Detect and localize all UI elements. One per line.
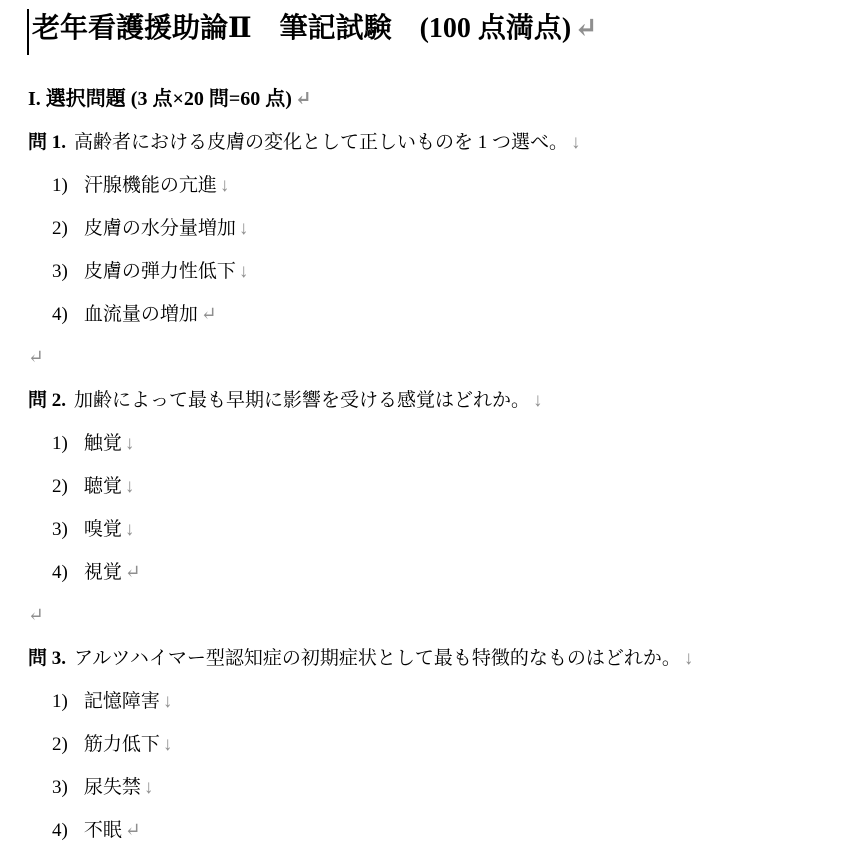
option-end-mark: ↓ <box>220 175 230 196</box>
option-number: 1) <box>52 422 68 465</box>
document-title: 老年看護援助論Ⅱ 筆記試験 (100 点満点) <box>32 13 571 44</box>
paragraph-mark: ↵ <box>574 13 597 44</box>
question-line[interactable]: 問 3.アルツハイマー型認知症の初期症状として最も特徴的なものはどれか。↓ <box>28 637 845 680</box>
option-end-mark: ↓ <box>163 734 173 755</box>
question-number: 問 1. <box>28 132 66 153</box>
option-end-mark: ↓ <box>163 691 173 712</box>
option-end-mark: ↓ <box>239 218 249 239</box>
option-number: 4) <box>52 293 68 336</box>
option-line[interactable]: 2)聴覚↓ <box>28 465 845 508</box>
question-text: 加齢によって最も早期に影響を受ける感覚はどれか。 <box>74 390 530 411</box>
option-end-mark: ↓ <box>125 433 135 454</box>
option-line[interactable]: 2)筋力低下↓ <box>28 723 845 766</box>
option-line[interactable]: 1)汗腺機能の亢進↓ <box>28 164 845 207</box>
option-line[interactable]: 1)記憶障害↓ <box>28 680 845 723</box>
option-label: 血流量の増加 <box>84 304 198 325</box>
option-line[interactable]: 3)嗅覚↓ <box>28 508 845 551</box>
text-caret <box>27 9 29 55</box>
option-line[interactable]: 1)触覚↓ <box>28 422 845 465</box>
question-number: 問 3. <box>28 648 66 669</box>
option-number: 2) <box>52 207 68 250</box>
question-block: 問 3.アルツハイマー型認知症の初期症状として最も特徴的なものはどれか。↓ 1)… <box>28 637 845 852</box>
option-label: 記憶障害 <box>84 691 160 712</box>
option-end-mark: ↓ <box>125 519 135 540</box>
option-number: 3) <box>52 766 68 809</box>
option-line[interactable]: 4)視覚↵ <box>28 551 845 594</box>
paragraph-mark: ↵ <box>28 347 44 368</box>
section-heading-line[interactable]: I. 選択問題 (3 点×20 問=60 点)↵ <box>28 78 845 121</box>
option-label: 視覚 <box>84 562 122 583</box>
option-label: 不眠 <box>84 820 122 841</box>
option-label: 尿失禁 <box>84 777 141 798</box>
line-break-mark: ↓ <box>533 390 543 411</box>
option-label: 皮膚の弾力性低下 <box>84 261 236 282</box>
question-line[interactable]: 問 1.高齢者における皮膚の変化として正しいものを 1 つ選べ。↓ <box>28 121 845 164</box>
line-break-mark: ↓ <box>684 648 694 669</box>
questions-container: 問 1.高齢者における皮膚の変化として正しいものを 1 つ選べ。↓ 1)汗腺機能… <box>28 121 845 852</box>
option-label: 皮膚の水分量増加 <box>84 218 236 239</box>
question-block: 問 2.加齢によって最も早期に影響を受ける感覚はどれか。↓ 1)触覚↓ 2)聴覚… <box>28 379 845 594</box>
option-end-mark: ↓ <box>144 777 154 798</box>
option-end-mark: ↵ <box>125 820 141 841</box>
option-end-mark: ↵ <box>125 562 141 583</box>
empty-paragraph[interactable]: ↵ <box>28 594 845 637</box>
option-number: 4) <box>52 551 68 594</box>
paragraph-mark: ↵ <box>28 605 44 626</box>
option-label: 汗腺機能の亢進 <box>84 175 217 196</box>
option-number: 1) <box>52 164 68 207</box>
options-list: 1)触覚↓ 2)聴覚↓ 3)嗅覚↓ 4)視覚↵ <box>28 422 845 594</box>
option-number: 4) <box>52 809 68 852</box>
document-title-line[interactable]: 老年看護援助論Ⅱ 筆記試験 (100 点満点)↵ <box>28 6 845 52</box>
option-line[interactable]: 2)皮膚の水分量増加↓ <box>28 207 845 250</box>
option-number: 1) <box>52 680 68 723</box>
option-number: 3) <box>52 250 68 293</box>
empty-paragraph[interactable]: ↵ <box>28 336 845 379</box>
option-line[interactable]: 3)尿失禁↓ <box>28 766 845 809</box>
question-number: 問 2. <box>28 390 66 411</box>
paragraph-mark: ↵ <box>295 88 312 110</box>
section-heading: I. 選択問題 (3 点×20 問=60 点) <box>28 88 292 110</box>
option-label: 嗅覚 <box>84 519 122 540</box>
option-label: 聴覚 <box>84 476 122 497</box>
option-label: 筋力低下 <box>84 734 160 755</box>
option-line[interactable]: 3)皮膚の弾力性低下↓ <box>28 250 845 293</box>
option-line[interactable]: 4)血流量の増加↵ <box>28 293 845 336</box>
document-page[interactable]: 老年看護援助論Ⅱ 筆記試験 (100 点満点)↵ I. 選択問題 (3 点×20… <box>0 0 865 865</box>
option-number: 2) <box>52 723 68 766</box>
question-text: 高齢者における皮膚の変化として正しいものを 1 つ選べ。 <box>74 132 568 153</box>
question-line[interactable]: 問 2.加齢によって最も早期に影響を受ける感覚はどれか。↓ <box>28 379 845 422</box>
option-label: 触覚 <box>84 433 122 454</box>
options-list: 1)記憶障害↓ 2)筋力低下↓ 3)尿失禁↓ 4)不眠↵ <box>28 680 845 852</box>
option-number: 3) <box>52 508 68 551</box>
option-end-mark: ↓ <box>125 476 135 497</box>
option-end-mark: ↓ <box>239 261 249 282</box>
line-break-mark: ↓ <box>571 132 581 153</box>
question-text: アルツハイマー型認知症の初期症状として最も特徴的なものはどれか。 <box>74 648 681 669</box>
question-block: 問 1.高齢者における皮膚の変化として正しいものを 1 つ選べ。↓ 1)汗腺機能… <box>28 121 845 336</box>
options-list: 1)汗腺機能の亢進↓ 2)皮膚の水分量増加↓ 3)皮膚の弾力性低下↓ 4)血流量… <box>28 164 845 336</box>
option-line[interactable]: 4)不眠↵ <box>28 809 845 852</box>
option-number: 2) <box>52 465 68 508</box>
option-end-mark: ↵ <box>201 304 217 325</box>
